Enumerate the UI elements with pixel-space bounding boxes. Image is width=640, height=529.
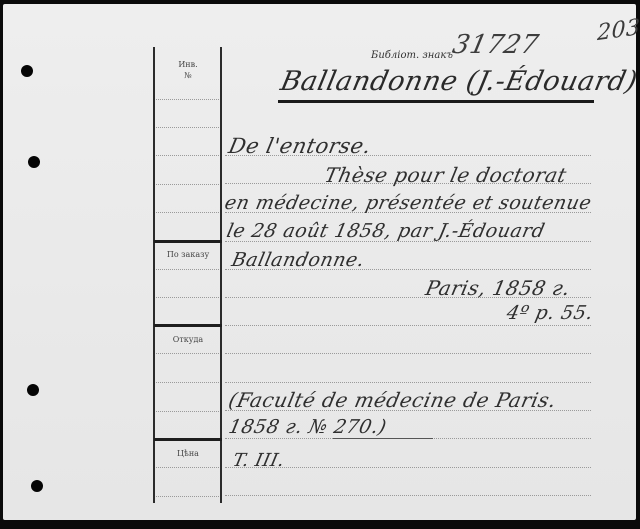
order-label: По заказу (155, 249, 221, 260)
title: De l'entorse. (226, 134, 373, 158)
section-separator (154, 438, 222, 441)
body-line: en médecine, présentée et soutenue (223, 192, 594, 214)
body-line: Thèse pour le doctorat (322, 163, 568, 187)
sidebar-rule (156, 382, 219, 383)
call-number: 31727 (450, 30, 542, 60)
author-heading: Ballandonne (J.-Édouard) (278, 66, 640, 97)
body-line: le 28 août 1858, par J.-Édouard (225, 220, 547, 242)
body-line: Ballandonne. (230, 249, 367, 271)
series-line: (Faculté de médecine de Paris. (226, 388, 558, 412)
ruled-line (225, 325, 591, 326)
sidebar-rule (156, 496, 219, 497)
sidebar-rule (156, 184, 219, 185)
price-label: Цѣна (155, 448, 221, 459)
sidebar-label-order: По заказу (155, 249, 221, 260)
ruled-line (225, 495, 591, 496)
page-number: 203 (597, 15, 640, 46)
sidebar-rule (156, 155, 219, 156)
ruled-line (225, 353, 591, 354)
punch-hole (31, 480, 43, 492)
section-separator (154, 240, 222, 243)
punch-hole (21, 65, 33, 77)
section-separator (154, 324, 222, 327)
ruled-line (225, 382, 591, 383)
sidebar-label-source: Откуда (155, 334, 221, 345)
punch-hole (28, 156, 40, 168)
sidebar-rule (156, 99, 219, 100)
source-label: Откуда (155, 334, 221, 345)
inventory-number-sign: № (155, 70, 221, 81)
inventory-label: Инв. (155, 59, 221, 70)
sidebar-rule (156, 467, 219, 468)
heading-underline (278, 100, 594, 103)
sidebar-rule (156, 212, 219, 213)
sidebar-label-inventory: Инв. № (155, 59, 221, 81)
series-line: 1858 г. № 270.) (227, 416, 389, 438)
sidebar-left-border (153, 47, 155, 503)
series-underline (333, 438, 433, 439)
call-number-label: Библіот. знакъ (371, 50, 453, 61)
sidebar-right-border (220, 47, 222, 503)
punch-hole (27, 384, 39, 396)
volume: T. III. (231, 450, 287, 471)
sidebar-rule (156, 127, 219, 128)
sidebar-rule (156, 411, 219, 412)
catalog-card: Инв. № По заказу Откуда Цѣна 203 Библіот… (3, 4, 636, 520)
sidebar-rule (156, 269, 219, 270)
collation: 4º p. 55. (505, 302, 596, 324)
imprint: Paris, 1858 г. (423, 276, 572, 300)
sidebar-label-price: Цѣна (155, 448, 221, 459)
sidebar-rule (156, 353, 219, 354)
sidebar-rule (156, 297, 219, 298)
